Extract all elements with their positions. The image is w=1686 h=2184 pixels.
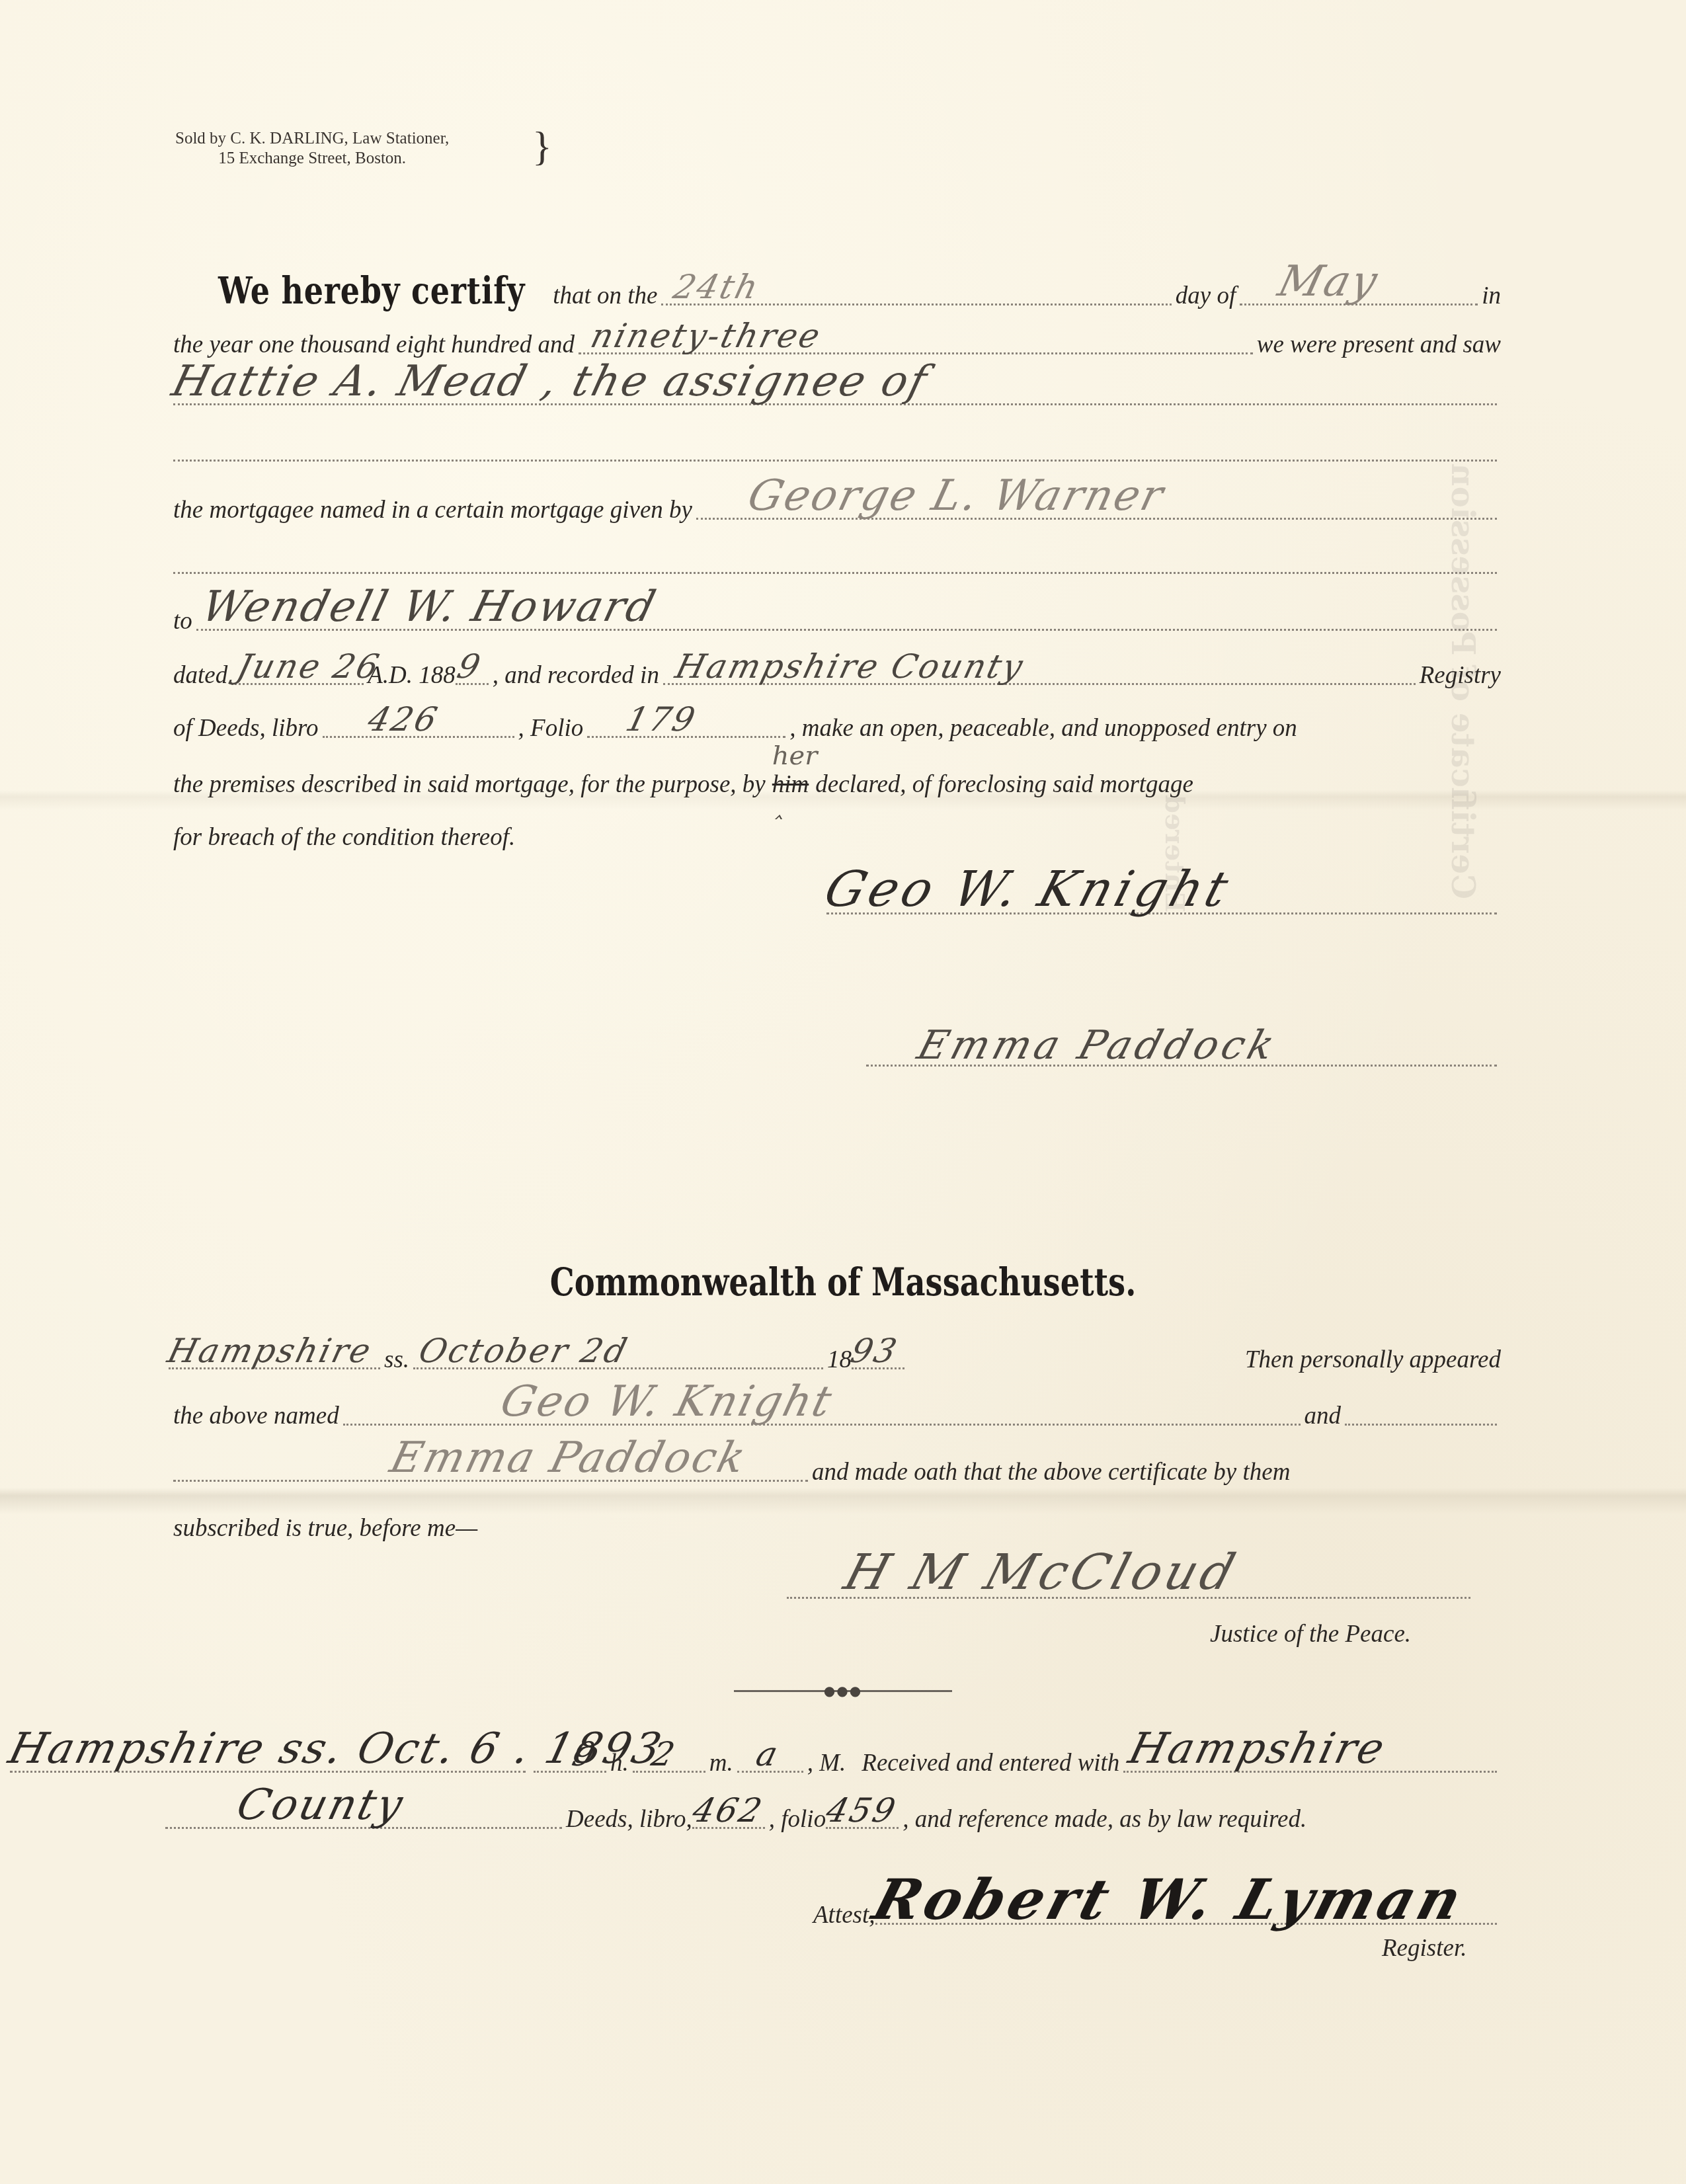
party-field-continued[interactable] [173,440,1497,462]
label: day of [1176,282,1236,311]
party-value: Hattie A. Mead , the assignee of [167,357,934,406]
jurat-line-3: Emma Paddock and made oath that the abov… [173,1458,1501,1487]
witness-signature-line-2: Emma Paddock [866,1045,1501,1072]
registry-line-1: Hampshire ss. Oct. 6 . 1893 9 h. 2 m. a … [10,1749,1501,1778]
appeared-1-field[interactable]: Geo W. Knight [343,1404,1301,1426]
label: , folio [769,1805,826,1834]
pronoun-correction: him her ‸ [772,770,809,799]
witness-2-signature: Emma Paddock [912,1022,1283,1069]
label: A.D. 188 [368,661,456,690]
label: , M. [807,1749,846,1778]
label: Received and entered with [862,1749,1119,1778]
libro-field[interactable]: 426 [323,716,514,738]
registry-line-2: County Deeds, libro, 462 , folio 459 , a… [165,1805,1501,1834]
certificate-line-1: We hereby certify that on the 24th day o… [218,271,1501,311]
witness-2-field[interactable]: Emma Paddock [866,1045,1497,1067]
registry-libro-value: 462 [689,1791,768,1830]
printer-imprint-line1: Sold by C. K. DARLING, Law Stationer, [175,129,449,149]
label: the year one thousand eight hundred and [173,331,575,360]
certificate-line-5: the mortgagee named in a certain mortgag… [173,496,1501,525]
registry-folio-field[interactable]: 459 [826,1807,899,1829]
certificate-line-11: for breach of the condition thereof. [173,823,1501,852]
insertion-caret-icon: ‸ [776,793,784,822]
label: declared, of foreclosing said mortgage [815,770,1193,799]
printer-imprint: Sold by C. K. DARLING, Law Stationer, 15… [175,129,449,169]
label: Then personally appeared [1245,1346,1501,1375]
register-signature: Robert W. Lyman [865,1867,1472,1932]
ad-year-value: 9 [454,647,486,686]
label: Registry [1420,661,1501,690]
label: Attest, [813,1901,875,1930]
registry-name-2-field[interactable]: County [165,1807,562,1829]
label: , make an open, peaceable, and unopposed… [789,714,1297,743]
jurat-line-4: subscribed is true, before me— [173,1514,1501,1543]
registry-county-date-field[interactable]: Hampshire ss. Oct. 6 . 1893 [10,1751,526,1773]
label: dated [173,661,227,690]
dated-field[interactable]: June 26 [231,663,364,685]
jurat-date-value: October 2d [415,1332,633,1370]
certificate-line-3: Hattie A. Mead , the assignee of [173,384,1501,411]
jurat-title: Commonwealth of Massachusetts. [0,1260,1686,1305]
label: of Deeds, libro [173,714,319,743]
minute-field[interactable]: 2 [633,1751,705,1773]
month-field[interactable]: May [1240,284,1478,305]
mortgagee-value: Wendell W. Howard [197,583,662,631]
label: 18 [827,1346,852,1375]
certificate-line-9: of Deeds, libro 426 , Folio 179 , make a… [173,714,1501,743]
justice-title: Justice of the Peace. [1210,1620,1411,1649]
registry-county-value: Hampshire County [672,647,1029,686]
jurat-title-text: Commonwealth of Massachusetts. [550,1260,1137,1305]
jurat-county-value: Hampshire [164,1332,377,1370]
libro-value: 426 [364,700,442,739]
mortgagor-value: George L. Warner [743,471,1170,520]
appeared-2-field[interactable]: Emma Paddock [173,1460,808,1482]
ad-year-field[interactable]: 9 [456,663,489,685]
label: the premises described in said mortgage,… [173,770,766,799]
inserted-pronoun: her [772,741,818,770]
registry-name-2-value: County [232,1781,409,1830]
certificate-line-6-blank [173,552,1501,579]
label: ss. [384,1346,409,1375]
label: Deeds, libro, [566,1805,692,1834]
certificate-line-8: dated June 26 A.D. 188 9 , and recorded … [173,661,1501,690]
hour-field[interactable]: 9 [534,1751,606,1773]
appeared-2-value: Emma Paddock [385,1434,752,1482]
appeared-and-field[interactable] [1345,1404,1497,1426]
registry-name-1-value: Hampshire [1124,1724,1391,1773]
ampm-field[interactable]: a [737,1751,803,1773]
year-field[interactable]: ninety-three [579,333,1253,354]
folio-value: 179 [622,700,701,739]
register-title-line: Register. [1382,1934,1466,1963]
label: , and reference made, as by law required… [903,1805,1306,1834]
mortgagor-field-continued[interactable] [173,552,1497,574]
month-value: May [1273,257,1384,306]
certificate-heading: We hereby certify [218,271,525,311]
witness-signature-line-1: Geo W. Knight [826,893,1501,920]
year-value: ninety-three [587,317,826,355]
label: the above named [173,1402,339,1431]
brace-ornament: } [532,126,552,168]
register-title: Register. [1382,1934,1466,1963]
label: , Folio [518,714,584,743]
day-value: 24th [670,268,764,306]
registry-county-field[interactable]: Hampshire County [663,663,1416,685]
attest-line: Attest, Robert W. Lyman [813,1901,1501,1930]
label: for breach of the condition thereof. [173,823,515,852]
mortgagee-field[interactable]: Wendell W. Howard [196,609,1497,631]
certificate-line-4-blank [173,440,1501,467]
label: and [1305,1402,1342,1431]
label: and made oath that the above certificate… [812,1458,1290,1487]
certificate-line-10: the premises described in said mortgage,… [173,770,1501,799]
label: to [173,607,192,636]
divider-ornament-icon: ●●● [817,1686,869,1695]
party-field[interactable]: Hattie A. Mead , the assignee of [173,384,1497,405]
justice-signature-line: H M McCloud [787,1577,1474,1604]
ampm-value: a [752,1735,783,1773]
label: in [1482,282,1501,311]
jurat-line-1: Hampshire ss. October 2d 18 93 Then pers… [169,1346,1501,1375]
label: m. [709,1749,733,1778]
dated-value: June 26 [233,647,385,686]
witness-1-field[interactable]: Geo W. Knight [826,893,1497,914]
certificate-line-7: to Wendell W. Howard [173,607,1501,636]
registry-name-field[interactable]: Hampshire [1123,1751,1497,1773]
folio-field[interactable]: 179 [587,716,785,738]
mortgagor-field[interactable]: George L. Warner [696,498,1497,520]
label: we were present and saw [1257,331,1501,360]
justice-title-line: Justice of the Peace. [1210,1620,1411,1649]
label: , and recorded in [493,661,659,690]
certificate-line-2: the year one thousand eight hundred and … [173,331,1501,360]
registry-folio-value: 459 [823,1791,901,1830]
jurat-date-field[interactable]: October 2d [413,1348,823,1369]
justice-signature-field[interactable]: H M McCloud [787,1577,1470,1599]
jurat-line-2: the above named Geo W. Knight and [173,1402,1501,1431]
label: that on the [553,282,657,311]
register-signature-field[interactable]: Robert W. Lyman [875,1903,1497,1925]
appeared-1-value: Geo W. Knight [495,1377,838,1426]
justice-signature: H M McCloud [838,1544,1245,1601]
witness-1-signature: Geo W. Knight [819,861,1238,918]
jurat-county-field[interactable]: Hampshire [169,1348,380,1369]
day-field[interactable]: 24th [661,284,1171,305]
registry-libro-field[interactable]: 462 [692,1807,765,1829]
label: subscribed is true, before me— [173,1514,477,1543]
label: the mortgagee named in a certain mortgag… [173,496,692,525]
jurat-year-value: 93 [847,1332,903,1370]
printer-imprint-line2: 15 Exchange Street, Boston. [175,149,449,169]
jurat-year-field[interactable]: 93 [852,1348,904,1369]
